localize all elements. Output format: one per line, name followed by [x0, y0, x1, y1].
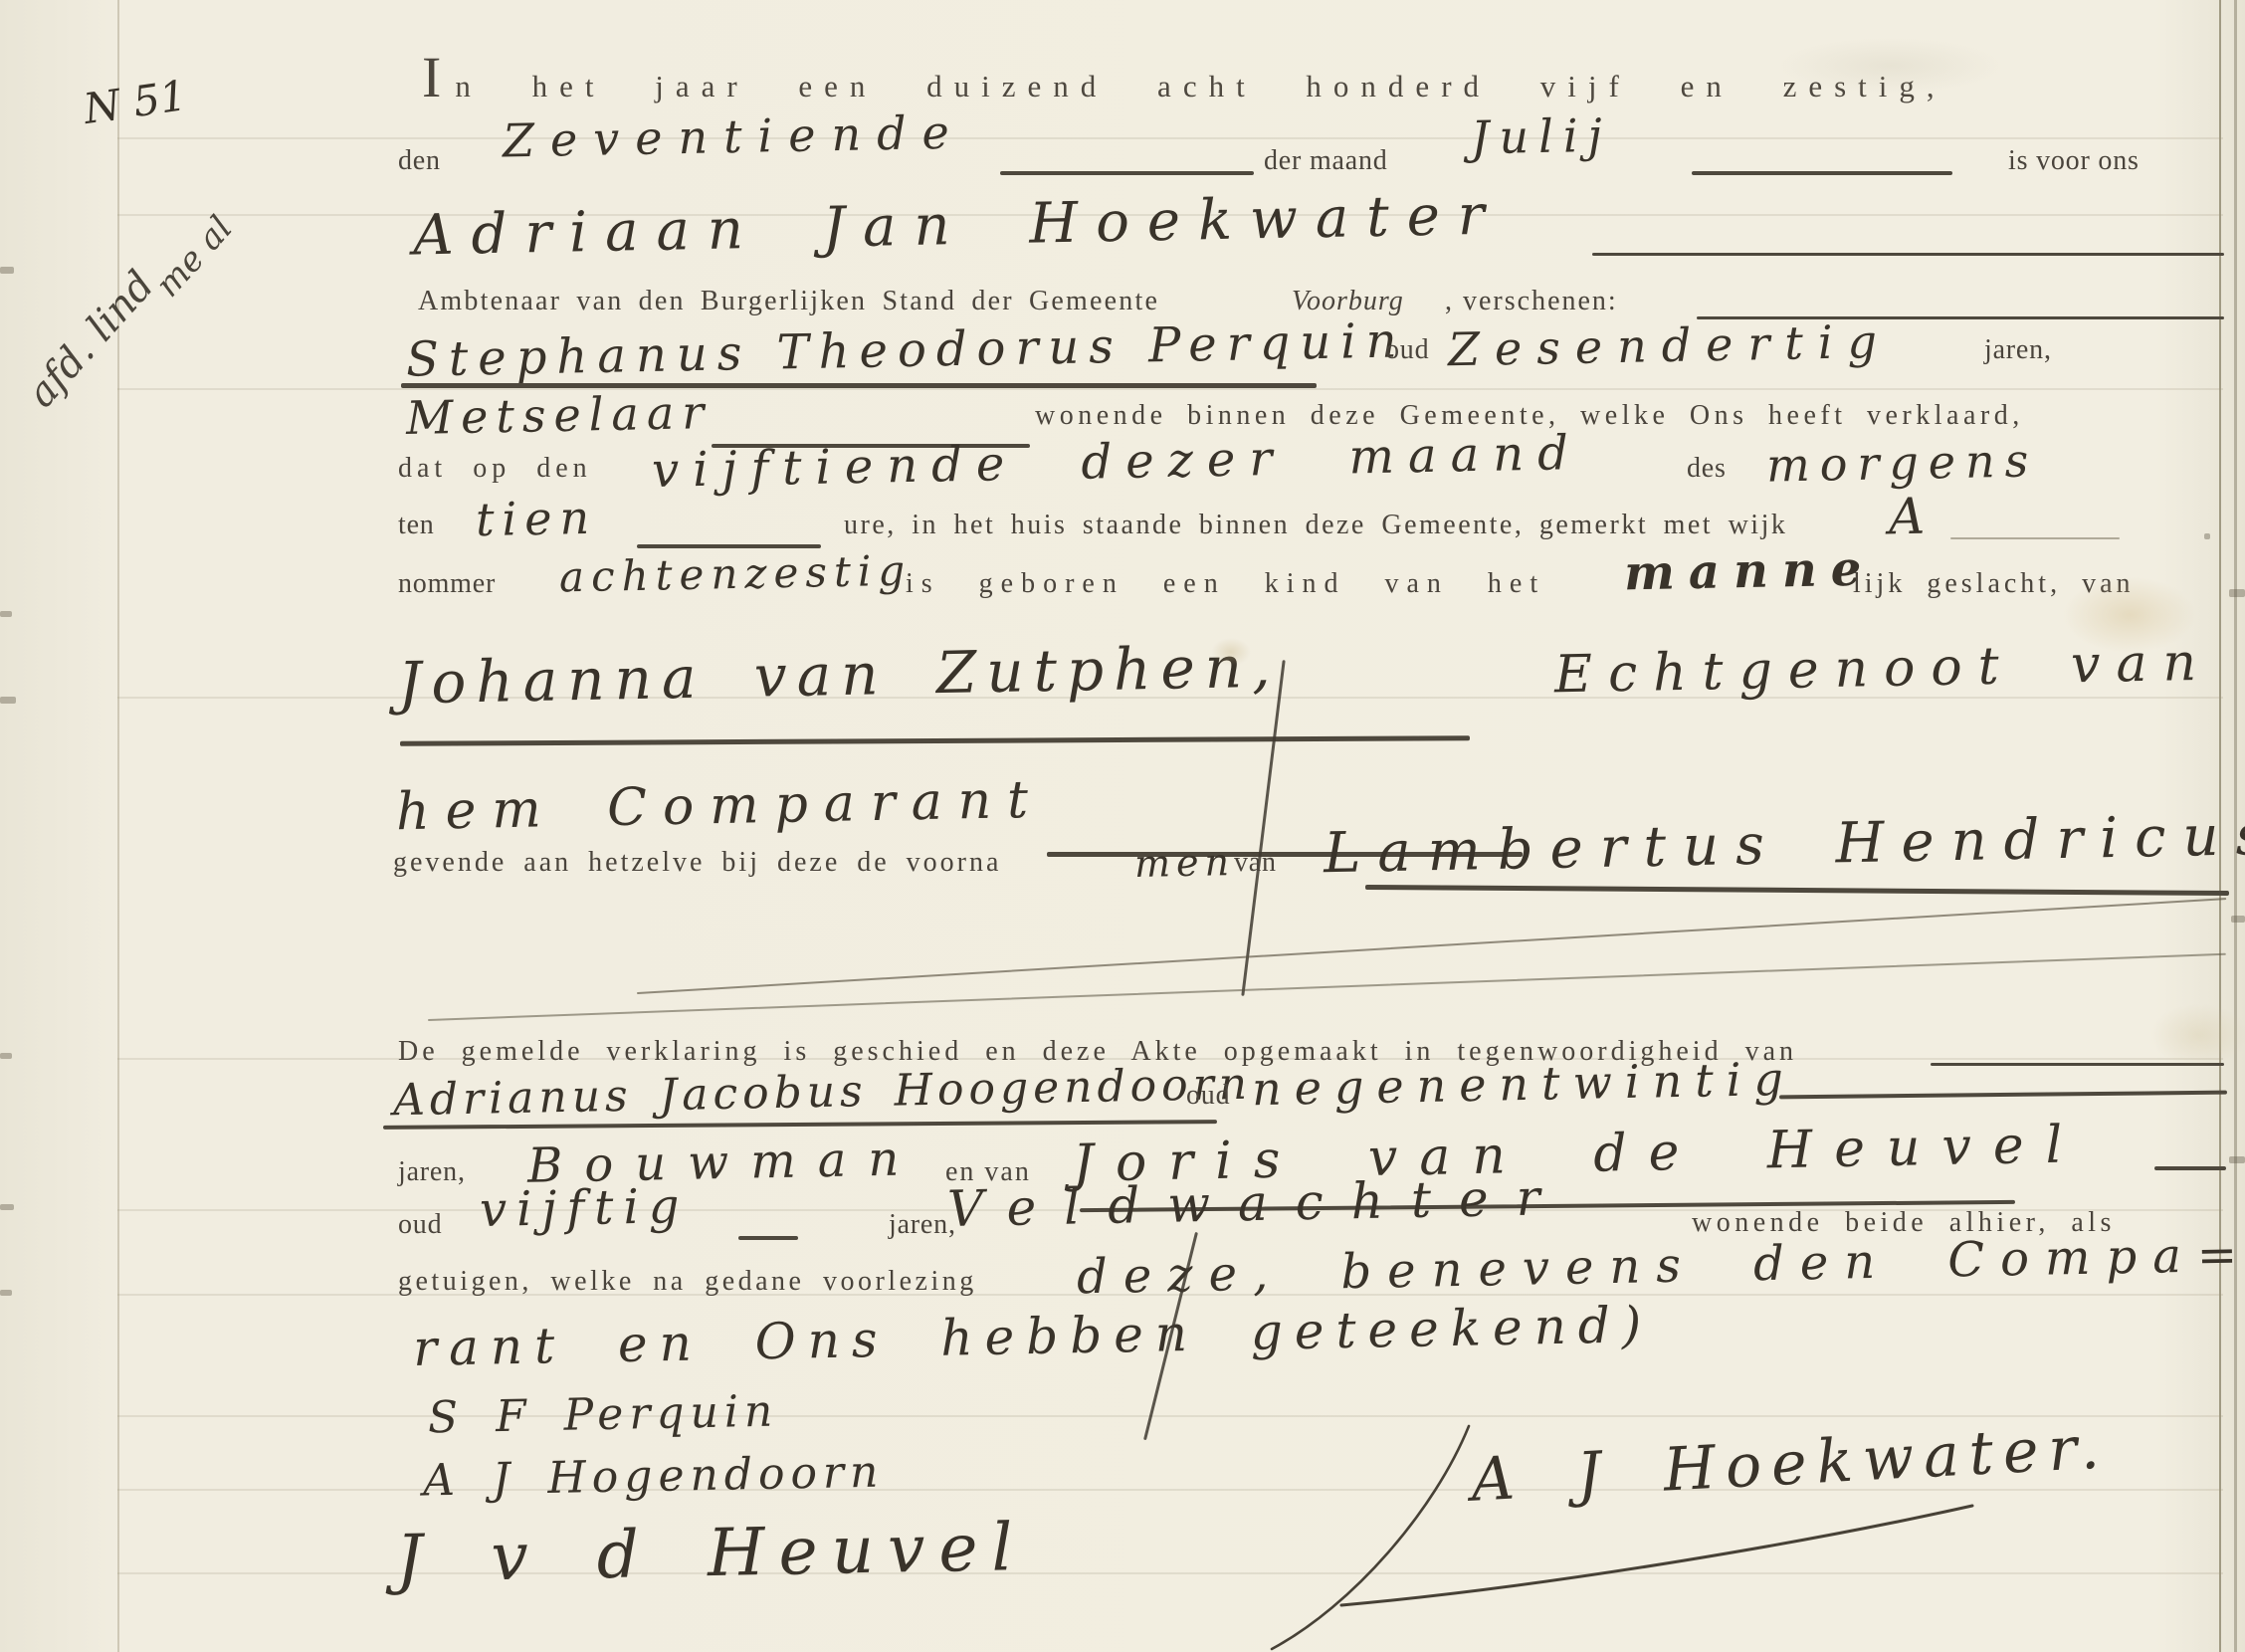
declarant-age: Zesendertig — [1448, 314, 1893, 377]
margin-scribble-2: afd. lind — [18, 263, 163, 417]
label-oud-2: oud — [1186, 1080, 1230, 1112]
printed-dat-op-den: dat op den — [398, 453, 592, 485]
label-den: den — [398, 145, 441, 177]
label-nommer: nommer — [398, 568, 496, 600]
birth-daypart: morgens — [1766, 433, 2039, 492]
label-oud-3: oud — [398, 1209, 442, 1241]
pen-flourish-stroke — [1241, 660, 1285, 996]
witness2-age: vijftig — [479, 1178, 690, 1238]
witness1-name: Adrianus Jacobus Hoogendoorn — [393, 1059, 1253, 1127]
printed-getuigen-clause: getuigen, welke na gedane voorlezing — [398, 1266, 977, 1298]
printed-voornamen-clause: gevende aan hetzelve bij deze de voorna — [393, 847, 1001, 879]
birth-hour: tien — [475, 491, 597, 546]
label-jaren: jaren, — [1984, 334, 2052, 366]
label-is-voor-ons: is voor ons — [2008, 145, 2140, 177]
house-wijk: A — [1888, 488, 1925, 546]
birth-date: vijftiende dezer maand — [652, 425, 1583, 499]
margin-act-number: N 51 — [81, 71, 189, 133]
printed-geslacht-van: lijk geslacht, van — [1853, 568, 2135, 600]
closing-phrase-2: rant en Ons hebben geteekend) — [413, 1296, 1654, 1377]
filled-day: Zeventiende — [503, 105, 966, 168]
strike-filler-line-1 — [637, 898, 2226, 994]
signature-witness1: A J Hogendoorn — [423, 1447, 885, 1507]
house-number: achtenzestig — [559, 546, 913, 602]
label-van: van — [1234, 847, 1277, 879]
registrar-name: Adriaan Jan Hoekwater — [412, 182, 1503, 268]
mother-name: Johanna van Zutphen, — [397, 632, 1281, 717]
printed-year-line: In het jaar een duizend acht honderd vij… — [422, 44, 1946, 110]
filled-voornamen-suffix: men — [1134, 840, 1236, 886]
label-oud: oud — [1385, 334, 1429, 366]
declarant-occupation: Metselaar — [406, 385, 713, 445]
printed-is-geboren: is geboren een kind van het — [906, 568, 1545, 600]
label-jaren-2: jaren, — [398, 1156, 466, 1188]
child-gender: manne — [1623, 541, 1875, 602]
signature-declarant: S F Perquin — [428, 1386, 779, 1444]
signature-registrar-flourish — [1264, 1388, 2040, 1652]
label-des: des — [1687, 453, 1727, 485]
strike-filler-line-2 — [428, 953, 2226, 1021]
mother-relation: Echtgenoot van — [1553, 633, 2212, 706]
margin-scribble-1: me al — [148, 209, 241, 306]
mother-relation-2: hem Comparant — [395, 770, 1044, 842]
witness2-occupation: Veldwachter — [947, 1168, 1569, 1238]
label-der-maand: der maand — [1264, 145, 1388, 177]
label-jaren-3: jaren, — [889, 1209, 956, 1241]
printed-official-title: Ambtenaar van den Burgerlijken Stand der… — [418, 286, 1159, 317]
fold-crease — [117, 0, 119, 1652]
printed-ure-wijk-clause: ure, in het huis staande binnen deze Gem… — [844, 510, 1787, 541]
signature-witness2: J v d Heuvel — [395, 1509, 1027, 1597]
witness1-age: negenentwintig — [1252, 1052, 1797, 1116]
label-ten: ten — [398, 510, 435, 541]
birth-certificate-scan: N 51 me al afd. lind In het jaar een dui… — [0, 0, 2245, 1652]
declarant-name: Stephanus Theodorus Perquin — [406, 312, 1407, 387]
child-names: Lambertus Hendricus — [1323, 803, 2245, 886]
filled-month: Julij — [1470, 108, 1612, 165]
printed-verschenen: , verschenen: — [1445, 286, 1618, 317]
